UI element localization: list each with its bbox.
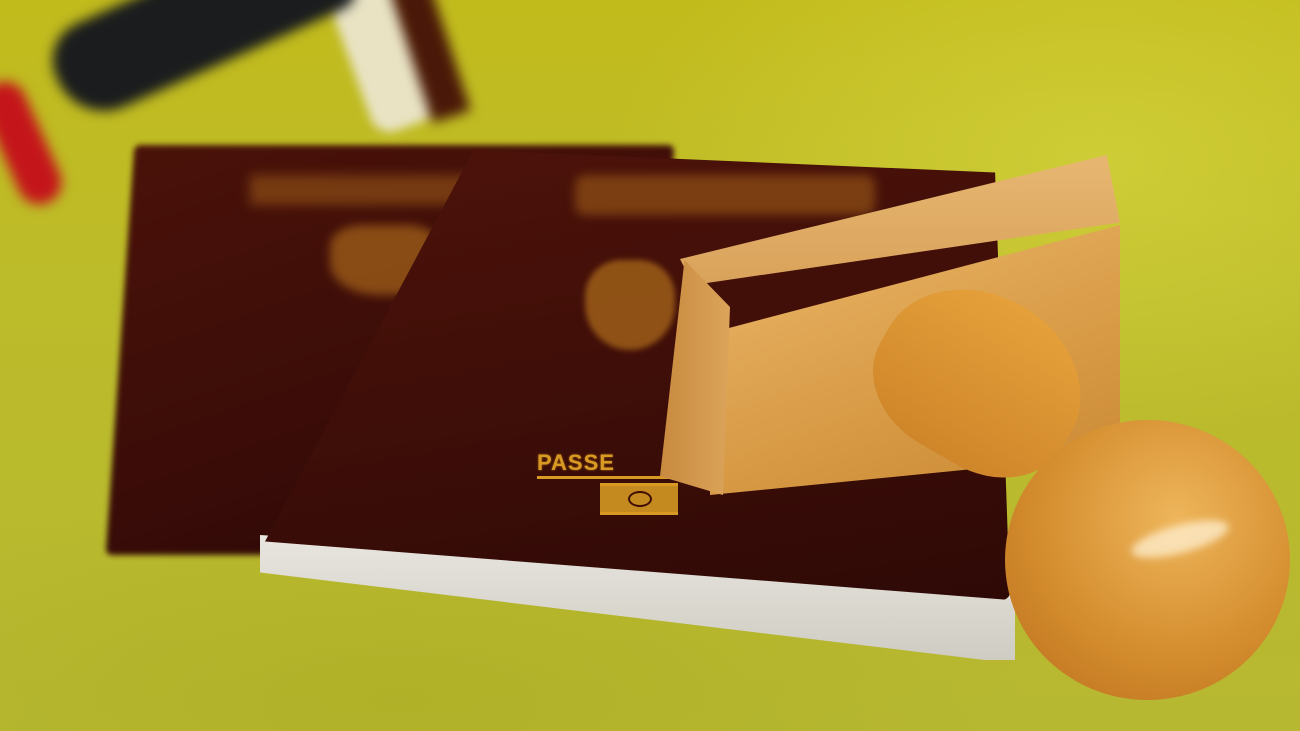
stamp-block-side — [660, 260, 730, 495]
wooden-stamp — [660, 155, 1300, 700]
passport-cover-text: PASSE — [537, 450, 615, 476]
photo-scene: PASSE — [0, 0, 1300, 731]
stamp-handle-knob — [1005, 420, 1290, 700]
stamp-red-cap — [0, 75, 69, 212]
cover-text-underline — [537, 476, 677, 479]
